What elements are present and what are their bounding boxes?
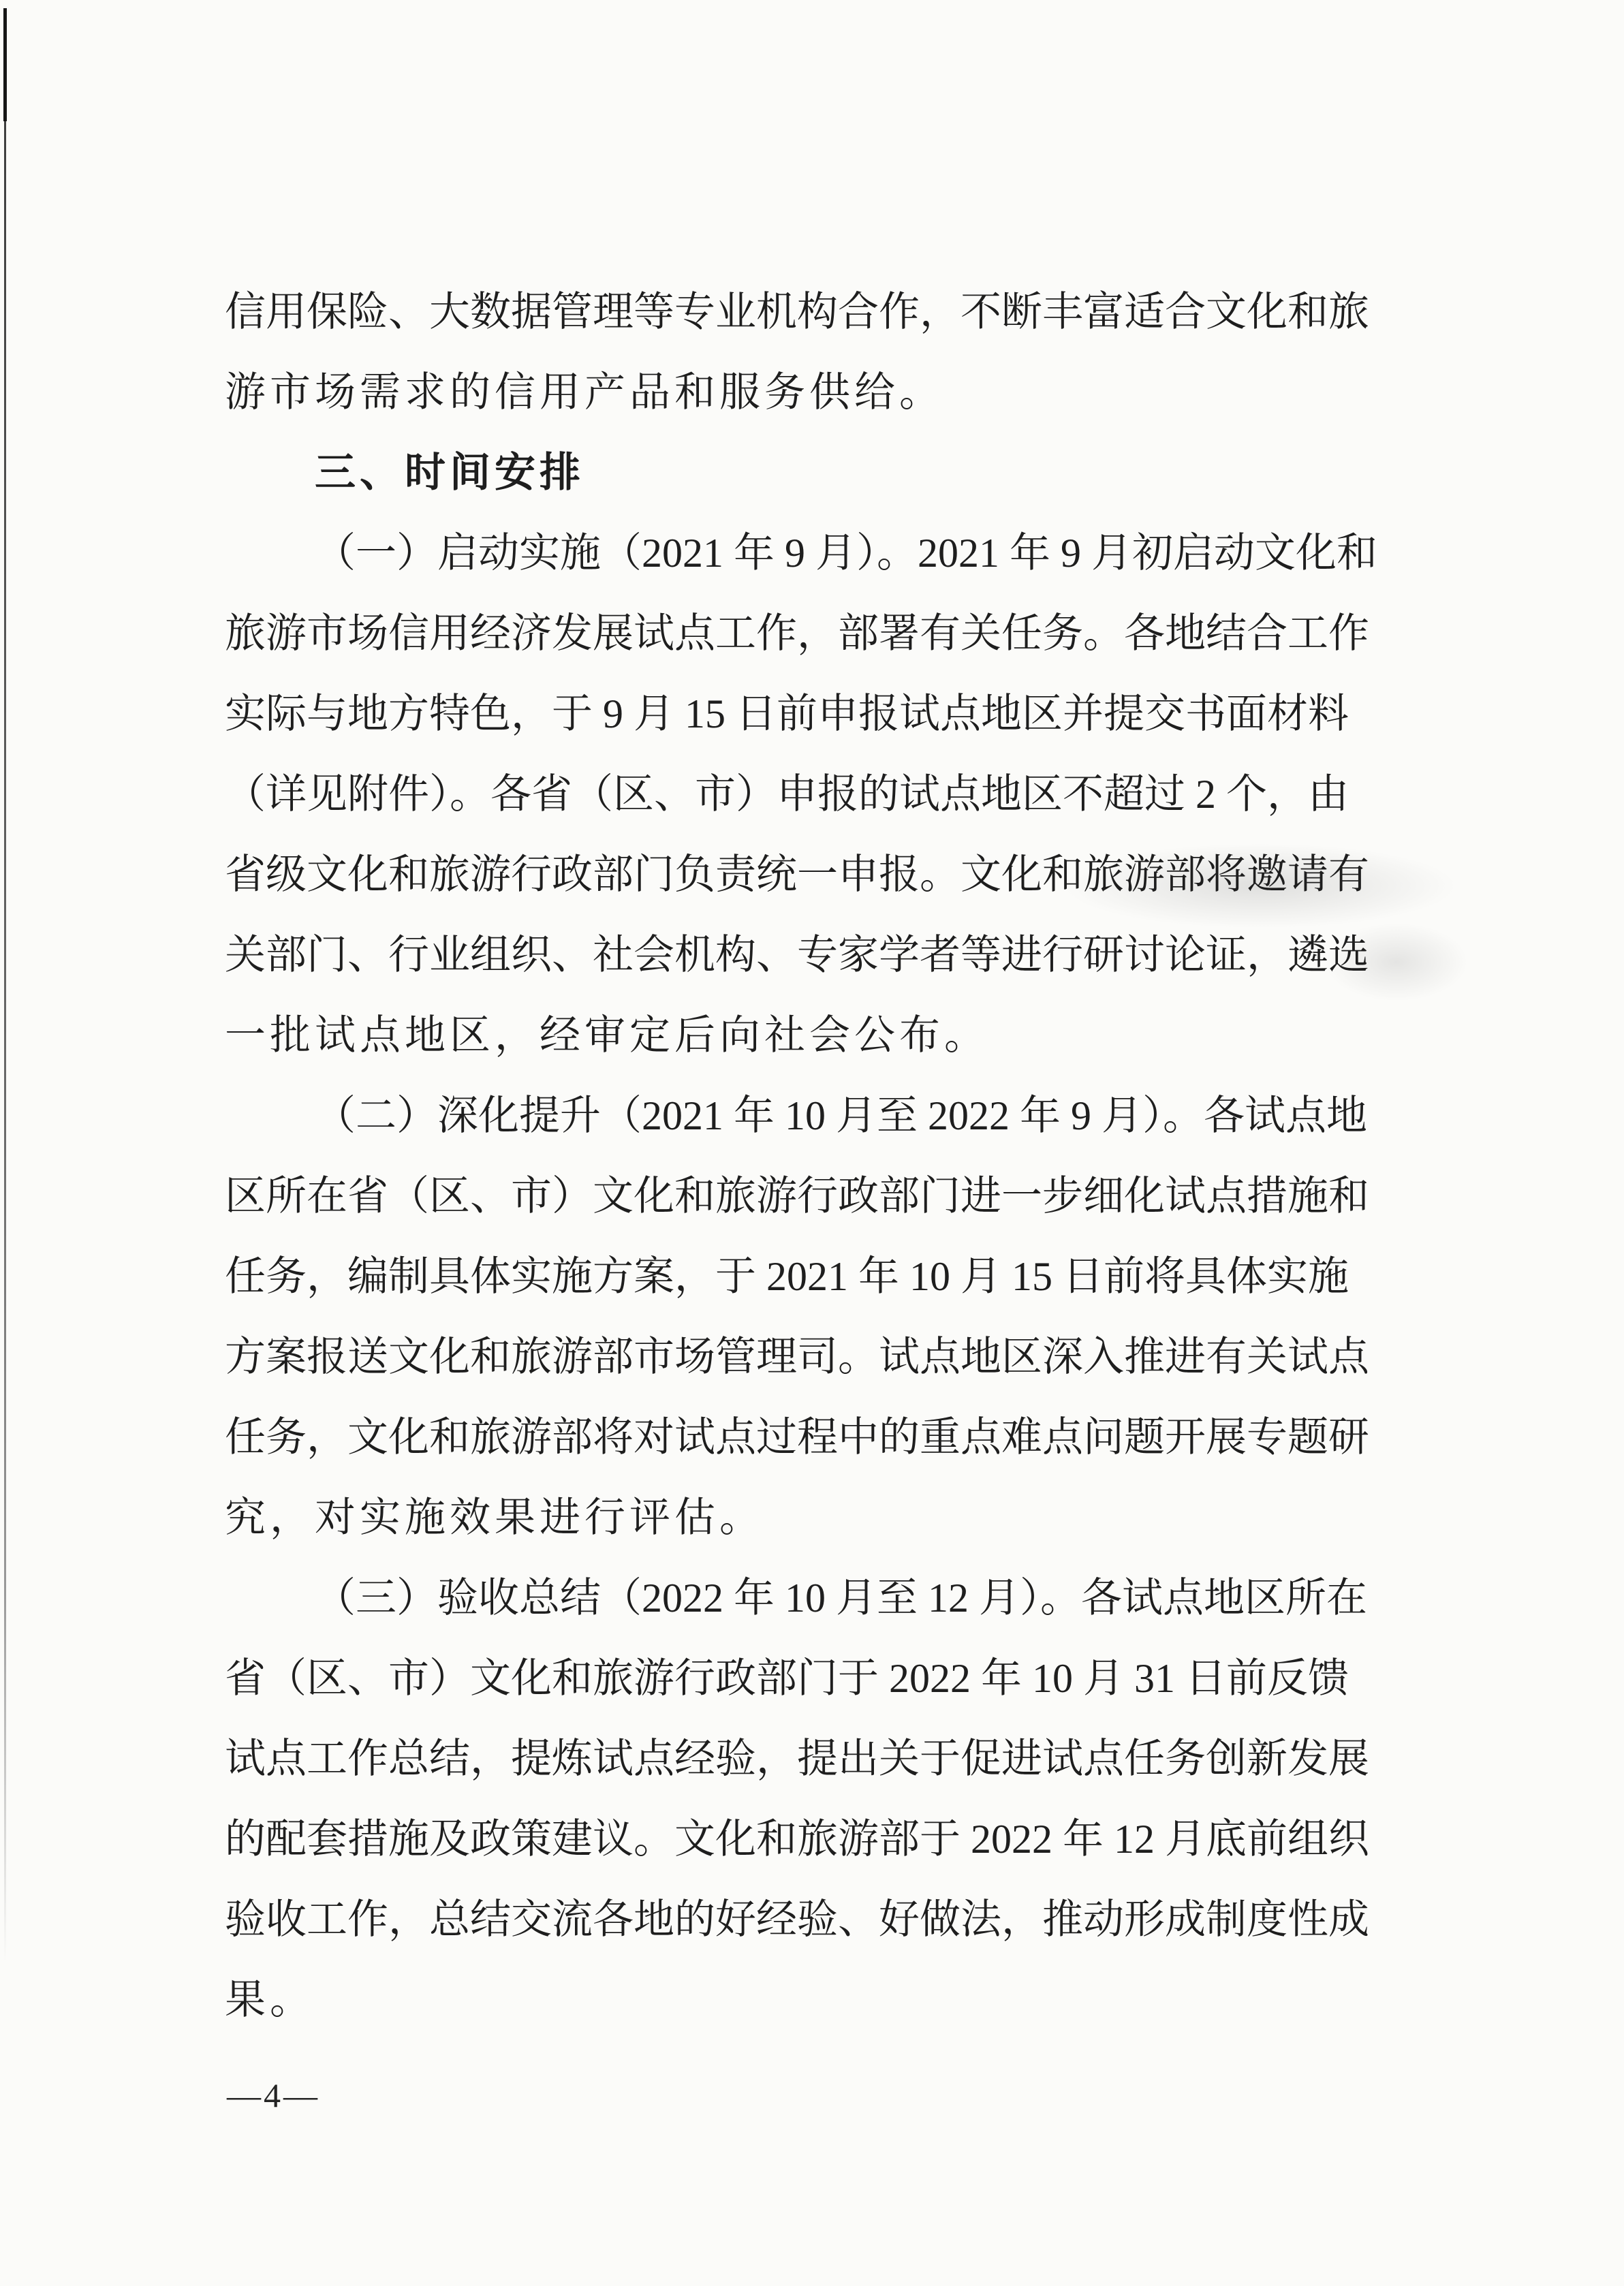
text-line: 区所在省（区、市）文化和旅游行政部门进一步细化试点措施和: [225, 1156, 1437, 1236]
section-heading: 三、时间安排: [225, 433, 1437, 513]
text-line: 任务，文化和旅游部将对试点过程中的重点难点问题开展专题研: [225, 1397, 1437, 1477]
text-line: 旅游市场信用经济发展试点工作，部署有关任务。各地结合工作: [225, 593, 1437, 674]
text-line: 一批试点地区，经审定后向社会公布。: [225, 995, 1437, 1076]
page-number: —4—: [227, 2075, 320, 2116]
text-line: （详见附件）。各省（区、市）申报的试点地区不超过 2 个，由: [225, 754, 1437, 834]
text-line: 方案报送文化和旅游部市场管理司。试点地区深入推进有关试点: [225, 1317, 1437, 1397]
text-line: （二）深化提升（2021 年 10 月至 2022 年 9 月）。各试点地: [225, 1076, 1437, 1156]
text-line: 省（区、市）文化和旅游行政部门于 2022 年 10 月 31 日前反馈: [225, 1638, 1437, 1719]
text-line: 关部门、行业组织、社会机构、专家学者等进行研讨论证，遴选: [225, 915, 1437, 995]
text-line: 实际与地方特色，于 9 月 15 日前申报试点地区并提交书面材料: [225, 674, 1437, 754]
text-line: 试点工作总结，提炼试点经验，提出关于促进试点任务创新发展: [225, 1719, 1437, 1799]
text-line: （一）启动实施（2021 年 9 月）。2021 年 9 月初启动文化和: [225, 513, 1437, 593]
scan-edge-artifact-top: [3, 8, 7, 121]
text-line: 果。: [225, 1960, 1437, 2040]
text-line: 究，对实施效果进行评估。: [225, 1477, 1437, 1558]
text-line: （三）验收总结（2022 年 10 月至 12 月）。各试点地区所在: [225, 1558, 1437, 1638]
scan-edge-artifact: [4, 121, 6, 1962]
text-line: 任务，编制具体实施方案，于 2021 年 10 月 15 日前将具体实施: [225, 1236, 1437, 1317]
text-line: 的配套措施及政策建议。文化和旅游部于 2022 年 12 月底前组织: [225, 1799, 1437, 1879]
text-line: 省级文化和旅游行政部门负责统一申报。文化和旅游部将邀请有: [225, 834, 1437, 915]
scanned-document-page: 信用保险、大数据管理等专业机构合作，不断丰富适合文化和旅 游市场需求的信用产品和…: [0, 0, 1624, 2286]
document-body: 信用保险、大数据管理等专业机构合作，不断丰富适合文化和旅 游市场需求的信用产品和…: [225, 272, 1437, 2040]
text-line: 验收工作，总结交流各地的好经验、好做法，推动形成制度性成: [225, 1879, 1437, 1960]
text-line: 游市场需求的信用产品和服务供给。: [225, 352, 1437, 433]
text-line: 信用保险、大数据管理等专业机构合作，不断丰富适合文化和旅: [225, 272, 1437, 352]
